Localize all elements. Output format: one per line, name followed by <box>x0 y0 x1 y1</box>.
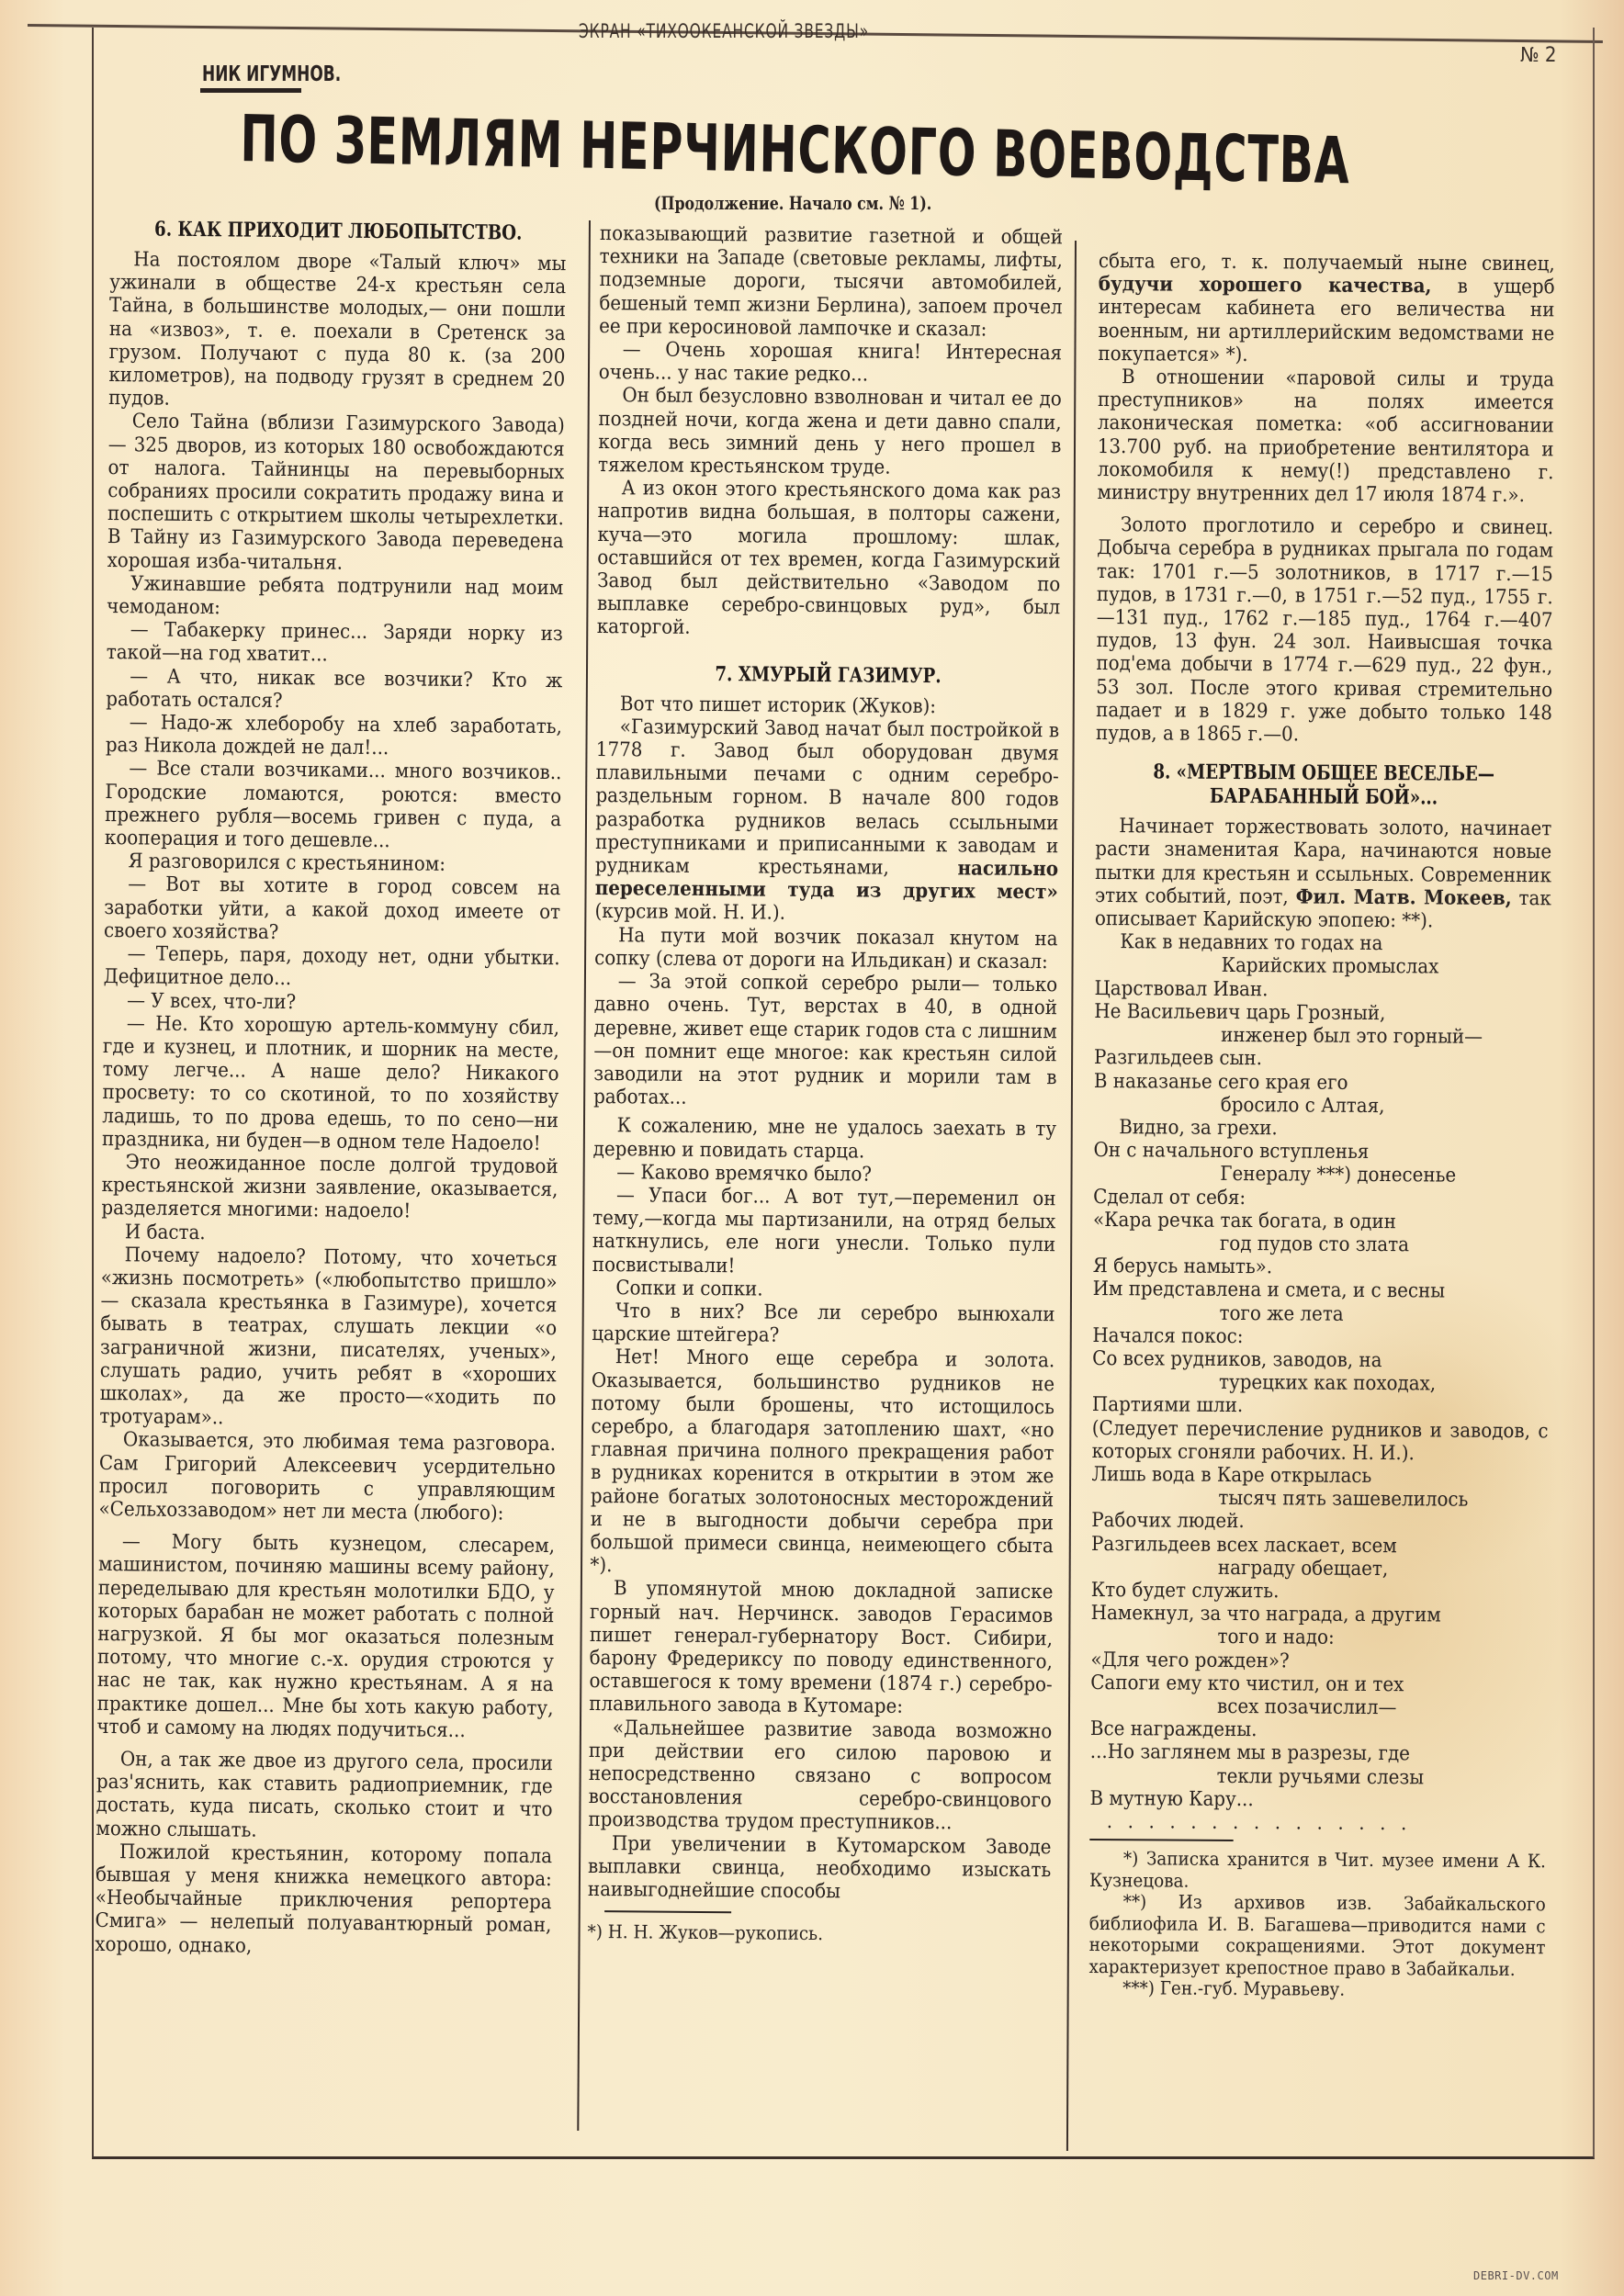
ellipsis-dots: ............... <box>1089 1810 1546 1837</box>
paragraph: При увеличении в Кутомарском Заводе выпл… <box>588 1832 1052 1906</box>
paragraph: — А что, никак все возчики? Кто ж работа… <box>106 665 562 716</box>
poem-line: Не Васильевич царь Грозный, <box>1094 1000 1551 1027</box>
poem-line: инженер был это горный— <box>1094 1023 1551 1050</box>
emphasis: будучи хорошего качества, <box>1099 273 1432 298</box>
paragraph: «Дальнейшее развитие завода возможно при… <box>588 1716 1052 1836</box>
paragraph: На постоялом дворе «Талый ключ» мы ужина… <box>108 248 566 415</box>
paragraph: Ужинавшие ребята подтрунили над моим чем… <box>107 572 563 624</box>
poem-line: Кто будет служить. <box>1091 1579 1548 1605</box>
paragraph: На пути мой возчик показал кнутом на соп… <box>594 924 1058 974</box>
footnote-rule <box>1089 1839 1233 1841</box>
paragraph: Пожилой крестьянин, которому попала бывш… <box>95 1840 552 1961</box>
poem-line: В мутную Кару... <box>1089 1787 1546 1814</box>
paragraph: — Все стали возчиками... много возчиков.… <box>105 757 562 854</box>
poem-line: тысяч пять зашевелилось <box>1091 1486 1548 1513</box>
section-heading-7: 7. ХМУРЫЙ ГАЗИМУР. <box>596 661 1059 689</box>
footnote: **) Из архивов изв. Забайкальского библи… <box>1088 1891 1545 1980</box>
poem-line: текли ручьями слезы <box>1090 1764 1547 1791</box>
poem-line: Генералу ***) донесенье <box>1093 1162 1550 1188</box>
poem-line: того же лета <box>1092 1301 1549 1328</box>
paragraph: Начинает торжествовать золото, начинает … <box>1095 815 1551 933</box>
footnote: *) Записка хранится в Чит. музее имени А… <box>1089 1848 1546 1894</box>
paragraph: — Вот вы хотите в город совсем на зарабо… <box>104 872 560 947</box>
paragraph: Оказывается, это любимая тема разговора.… <box>98 1428 556 1525</box>
paragraph: Село Тайна (вблизи Газимурского Завода) … <box>107 410 565 577</box>
poem-line: Видно, за грехи. <box>1094 1116 1551 1142</box>
footnote: ***) Ген.-губ. Муравьеву. <box>1088 1977 1545 2002</box>
paragraph: В отношении «паровой силы и труда престу… <box>1097 366 1554 508</box>
article-subtitle: (Продолжение. Начало см. № 1). <box>654 192 931 214</box>
paragraph-quote: «Газимурский Завод начат был постройкой … <box>594 715 1059 928</box>
paragraph: Он был безусловно взволнован и читал ее … <box>598 384 1062 480</box>
poem-line: Партиями шли. <box>1092 1393 1549 1420</box>
poem-line: Как в недавних то годах на <box>1095 930 1551 957</box>
paragraph: — Теперь, паря, доходу нет, одни убытки.… <box>104 942 560 994</box>
poem-line: Со всех рудников, заводов, на <box>1092 1347 1549 1374</box>
paragraph: — Могу быть кузнецом, слесарем, машинист… <box>96 1530 555 1743</box>
poem-line: Царствовал Иван. <box>1094 977 1551 1004</box>
paragraph: В упомянутой мною докладной записке горн… <box>589 1577 1053 1720</box>
poem-line: «Для чего рожден»? <box>1090 1649 1547 1675</box>
paragraph: показывающий развитие газетной и общей т… <box>599 222 1063 342</box>
poem-line: Лишь вода в Каре открылась <box>1091 1463 1548 1490</box>
poem-line: награду обещает, <box>1091 1556 1548 1582</box>
poem-line: Рабочих людей. <box>1091 1509 1548 1536</box>
footnote-rule <box>604 1910 731 1913</box>
paragraph: сбыта его, т. к. получаемый ныне свинец,… <box>1098 250 1554 368</box>
poem-line: Разгильдеев всех ласкает, всем <box>1091 1533 1548 1559</box>
poet-name: Фил. Матв. Мокеев, <box>1296 885 1512 910</box>
poem-line: Начался покос: <box>1092 1324 1549 1351</box>
paragraph: — Упаси бог... А вот тут,—переменил он т… <box>592 1184 1056 1280</box>
paragraph: Что в них? Все ли серебро вынюхали царск… <box>592 1300 1055 1350</box>
poem-line: год пудов сто злата <box>1093 1232 1550 1258</box>
poem-line: турецких как походах, <box>1092 1370 1549 1397</box>
poem-line: В наказанье сего края его <box>1094 1069 1551 1096</box>
poem-line: Намекнул, за что награда, а другим <box>1091 1602 1548 1628</box>
paragraph: Он, а так же двое из другого села, проси… <box>96 1748 553 1845</box>
poem-line: (Следует перечисление рудников и заводов… <box>1092 1417 1549 1467</box>
column-1: 6. КАК ПРИХОДИТ ЛЮБОПЫТСТВО. На постояло… <box>95 213 567 1961</box>
paragraph: А из окон этого крестьянского дома как р… <box>597 477 1061 643</box>
footnote: *) Н. Н. Жуков—рукопись. <box>587 1921 1050 1947</box>
poem-line: Сапоги ему кто чистил, он и тех <box>1090 1671 1547 1698</box>
paragraph: — Не. Кто хорошую артель-коммуну сбил, г… <box>102 1012 559 1155</box>
paragraph: К сожалению, мне не удалось заехать в ту… <box>593 1114 1057 1165</box>
watermark: DEBRI-DV.COM <box>1473 2269 1559 2282</box>
poem-line: Я берусь намыть». <box>1093 1255 1550 1281</box>
poem-line: Он с начального вступленья <box>1093 1139 1550 1165</box>
paragraph: Золото проглотило и серебро и свинец. До… <box>1096 513 1553 748</box>
section-heading-6: 6. КАК ПРИХОДИТ ЛЮБОПЫТСТВО. <box>110 217 567 245</box>
paragraph: Почему надоело? Потому, что хочеться «жи… <box>99 1244 558 1434</box>
paragraph: Это неожиданное после долгой трудовой кр… <box>101 1151 558 1225</box>
author-underline <box>200 88 301 93</box>
poem-line: Сделал от себя: <box>1093 1185 1550 1211</box>
column-2: показывающий развитие газетной и общей т… <box>587 222 1063 1947</box>
section-heading-8: 8. «МЕРТВЫМ ОБЩЕЕ ВЕСЕЛЬЕ—БАРАБАННЫЙ БОЙ… <box>1096 760 1552 810</box>
paragraph: — Табакерку принес... Заряди норку из та… <box>107 618 563 670</box>
paragraph: — Очень хорошая книга! Интересная очень.… <box>599 338 1063 388</box>
poem-line: Им представлена и смета, и с весны <box>1093 1277 1550 1304</box>
footnotes: *) Записка хранится в Чит. музее имени А… <box>1088 1848 1546 2002</box>
poem: Как в недавних то годах наКарийских пром… <box>1089 930 1551 1813</box>
poem-line: бросило с Алтая, <box>1094 1093 1551 1120</box>
author-byline: НИК ИГУМНОВ. <box>202 62 341 86</box>
poem-line: ...Но заглянем мы в разрезы, где <box>1090 1740 1547 1767</box>
paragraph: — Надо-ж хлеборобу на хлеб заработать, р… <box>106 711 562 762</box>
column-3: сбыта его, т. к. получаемый ныне свинец,… <box>1088 250 1554 2002</box>
poem-line: того и надо: <box>1090 1625 1547 1651</box>
poem-line: всех позачислил— <box>1090 1694 1547 1721</box>
poem-line: Разгильдеев сын. <box>1094 1046 1551 1073</box>
poem-line: Все награждены. <box>1090 1717 1547 1744</box>
issue-number: № 2 <box>1520 44 1556 67</box>
poem-line: «Кара речка так богата, в один <box>1093 1209 1550 1235</box>
poem-line: Карийских промыслах <box>1095 953 1551 980</box>
paragraph: — За этой сопкой серебро рыли— только да… <box>593 970 1057 1113</box>
paragraph: Нет! Много еще серебра и золота. Оказыва… <box>590 1345 1054 1581</box>
